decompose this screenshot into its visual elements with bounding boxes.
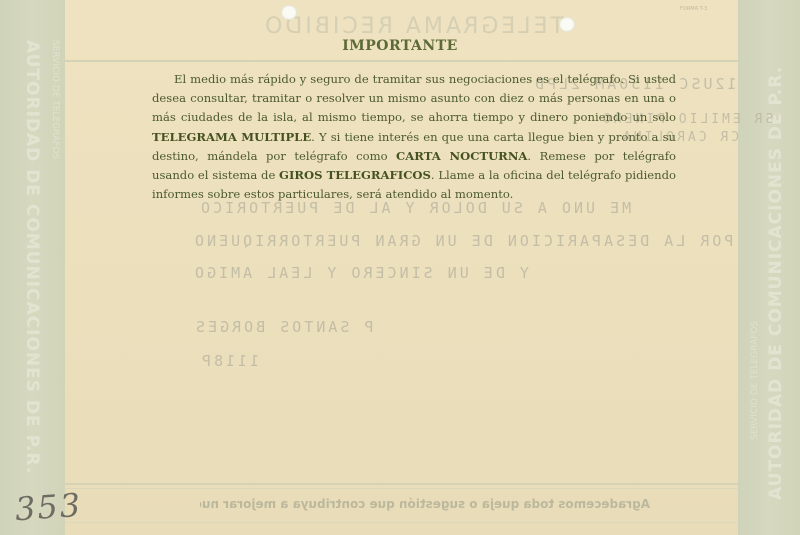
bleed-line-8: 1118P [199, 352, 259, 370]
punch-hole-1 [281, 5, 297, 20]
bleed-line-6: Y DE UN SINCERO Y LEAL AMIGO [192, 264, 529, 282]
bleed-line-7: P SANTOS BORGES [193, 318, 373, 336]
left-strip-text: AUTORIDAD DE COMUNICACIONES DE P.R. [22, 40, 42, 474]
document-title: IMPORTANTE [0, 38, 800, 54]
notice-paragraph: El medio más rápido y seguro de tramitar… [152, 70, 676, 204]
carta-nocturna-emphasis: CARTA NOCTURNA [396, 149, 527, 163]
left-side-strip: AUTORIDAD DE COMUNICACIONES DE P.R. SERV… [0, 0, 65, 535]
bleed-through-header: TELEGRAMA RECIBIDO [262, 14, 564, 39]
form-code: FORMA T-3 [680, 6, 707, 12]
footer-notice: Agradecemos toda queja o sugestión que c… [200, 497, 650, 511]
bottom-divider [65, 483, 738, 485]
telegrama-multiple-emphasis: TELEGRAMA MULTIPLE [152, 130, 311, 144]
right-strip-subtext: SERVICIO DE TELEGRAFOS [750, 321, 760, 440]
bottom-divider-2 [65, 488, 738, 489]
bleed-line-5: POR LA DESAPARICION DE UN GRAN PUERTORRI… [192, 232, 733, 250]
right-strip-text: AUTORIDAD DE COMUNICACIONES DE P.R. [766, 66, 786, 500]
punch-hole-2 [559, 17, 575, 32]
right-side-strip: AUTORIDAD DE COMUNICACIONES DE P.R. SERV… [738, 0, 800, 535]
top-divider [65, 60, 738, 62]
left-strip-subtext: SERVICIO DE TELEGRAFOS [50, 40, 60, 159]
handwritten-number: 353 [14, 486, 84, 529]
footer-divider [65, 522, 738, 523]
paragraph-text-1: El medio más rápido y seguro de tramitar… [152, 72, 676, 124]
giros-telegraficos-emphasis: GIROS TELEGRAFICOS [279, 168, 431, 182]
